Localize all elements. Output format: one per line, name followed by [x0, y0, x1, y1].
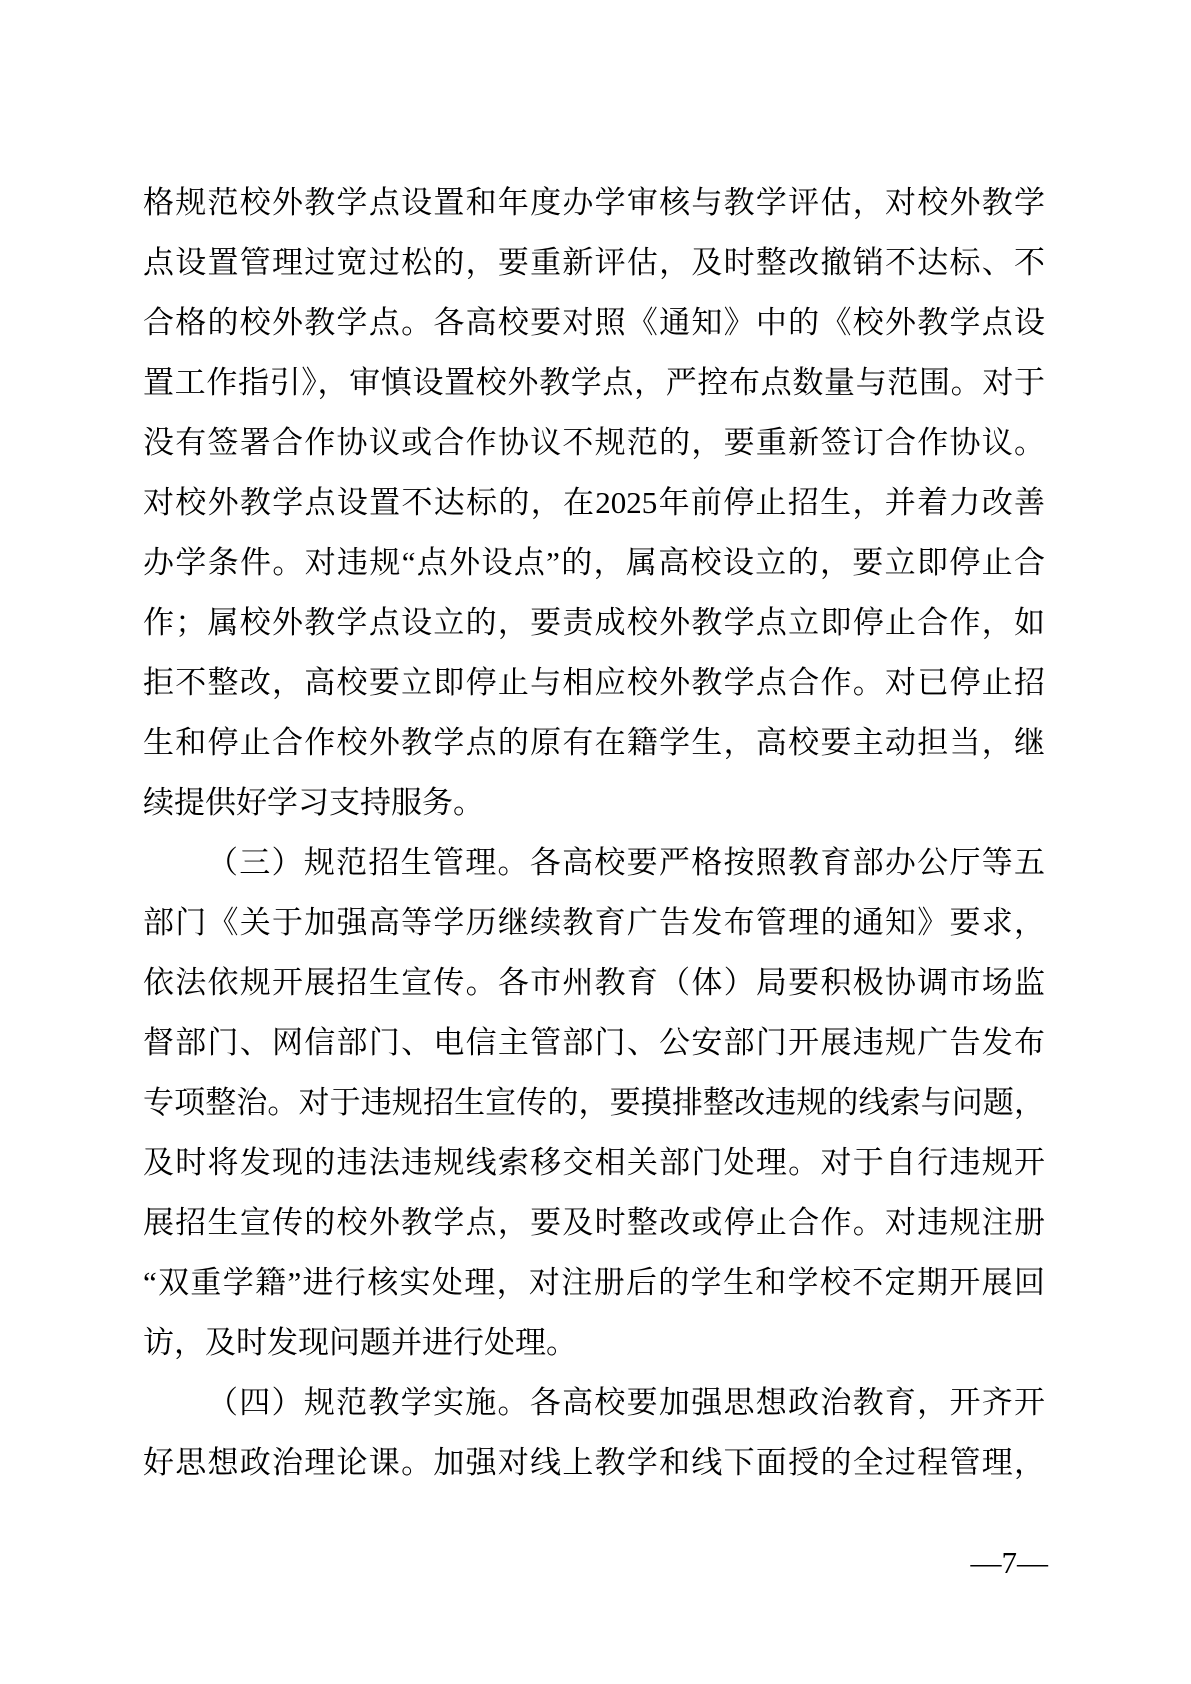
text-line: 部门《关于加强高等学历继续教育广告发布管理的通知》要求，	[143, 893, 1045, 953]
text-line: 依法依规开展招生宣传。各市州教育（体）局要积极协调市场监	[143, 953, 1045, 1013]
text-line: 合格的校外教学点。各高校要对照《通知》中的《校外教学点设	[143, 293, 1045, 353]
text-line: 格规范校外教学点设置和年度办学审核与教学评估，对校外教学	[143, 173, 1045, 233]
text-line: 作；属校外教学点设立的，要责成校外教学点立即停止合作，如	[143, 593, 1045, 653]
text-line: 专项整治。对于违规招生宣传的，要摸排整改违规的线索与问题，	[143, 1073, 1045, 1133]
text-line: 办学条件。对违规“点外设点”的，属高校设立的，要立即停止合	[143, 533, 1045, 593]
text-line: 点设置管理过宽过松的，要重新评估，及时整改撤销不达标、不	[143, 233, 1045, 293]
text-line: （四）规范教学实施。各高校要加强思想政治教育，开齐开	[143, 1373, 1045, 1433]
text-line: “双重学籍”进行核实处理，对注册后的学生和学校不定期开展回	[143, 1253, 1045, 1313]
document-page: 格规范校外教学点设置和年度办学审核与教学评估，对校外教学点设置管理过宽过松的，要…	[0, 0, 1191, 1684]
text-line: 生和停止合作校外教学点的原有在籍学生，高校要主动担当，继	[143, 713, 1045, 773]
text-line: 没有签署合作协议或合作协议不规范的，要重新签订合作协议。	[143, 413, 1045, 473]
text-line: （三）规范招生管理。各高校要严格按照教育部办公厅等五	[143, 833, 1045, 893]
text-line: 访，及时发现问题并进行处理。	[143, 1313, 1045, 1373]
text-line: 及时将发现的违法违规线索移交相关部门处理。对于自行违规开	[143, 1133, 1045, 1193]
page-number: —7—	[971, 1543, 1049, 1583]
text-line: 好思想政治理论课。加强对线上教学和线下面授的全过程管理，	[143, 1433, 1045, 1493]
text-line: 续提供好学习支持服务。	[143, 773, 1045, 833]
document-body: 格规范校外教学点设置和年度办学审核与教学评估，对校外教学点设置管理过宽过松的，要…	[143, 173, 1045, 1493]
text-line: 置工作指引》，审慎设置校外教学点，严控布点数量与范围。对于	[143, 353, 1045, 413]
text-line: 展招生宣传的校外教学点，要及时整改或停止合作。对违规注册	[143, 1193, 1045, 1253]
text-line: 拒不整改，高校要立即停止与相应校外教学点合作。对已停止招	[143, 653, 1045, 713]
text-line: 对校外教学点设置不达标的，在2025年前停止招生，并着力改善	[143, 473, 1045, 533]
text-line: 督部门、网信部门、电信主管部门、公安部门开展违规广告发布	[143, 1013, 1045, 1073]
